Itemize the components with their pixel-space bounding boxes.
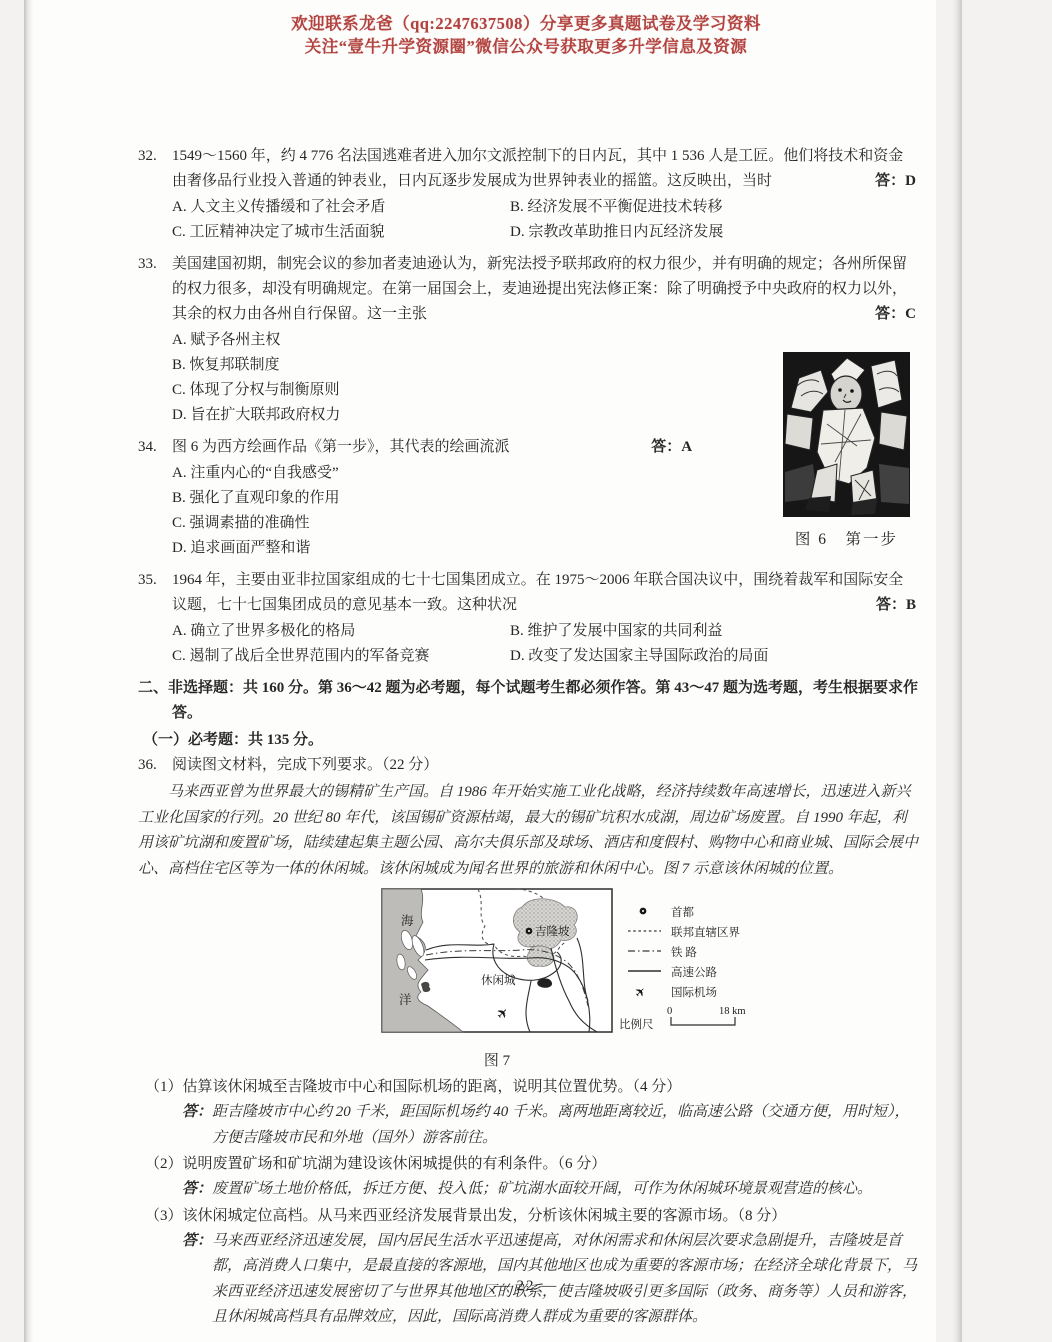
question-34: 34.图 6 为西方绘画作品《第一步》，其代表的绘画流派 答：A A. 注重内心… — [138, 435, 918, 561]
answer-label: 答： — [182, 1104, 212, 1120]
page-number: — 22 — — [0, 1278, 1052, 1295]
q33-answer-tag: 答：C — [875, 302, 916, 327]
q35-answer-tag: 答：B — [876, 593, 916, 618]
option: B. 维护了发展中国家的共同利益 — [510, 619, 918, 644]
part1-heading: （一）必考题：共 135 分。 — [143, 728, 918, 753]
q35-number: 35. — [138, 568, 172, 593]
legend-highway-label: 高速公路 — [671, 965, 717, 979]
option: C. 强调素描的准确性 — [172, 511, 918, 536]
q35-stem: 35.1964 年，主要由亚非拉国家组成的七十七国集团成立。在 1975～200… — [138, 568, 918, 618]
sub2-prompt: （2）说明废置矿场和矿坑湖为建设该休闲城提供的有利条件。（6 分） — [145, 1152, 918, 1177]
q34-number: 34. — [138, 435, 172, 460]
q34-answer-tag: 答：A — [651, 439, 692, 455]
q34-stem: 34.图 6 为西方绘画作品《第一步》，其代表的绘画流派 答：A — [138, 435, 918, 460]
q33-number: 33. — [138, 252, 172, 277]
page-edge-shadow-right — [952, 0, 962, 1342]
option: B. 恢复邦联制度 — [172, 353, 918, 378]
sub-question-3: （3）该休闲城定位高档。从马来西亚经济发展背景出发，分析该休闲城主要的客源市场。… — [145, 1204, 918, 1331]
legend-railway-label: 铁 路 — [671, 945, 697, 959]
promo-line-1: 欢迎联系龙爸（qq:2247637508）分享更多真题试卷及学习资料 — [0, 12, 1052, 35]
answer-label: 答： — [182, 1181, 212, 1197]
option: C. 工匠精神决定了城市生活面貌 — [172, 220, 510, 245]
figure7: ✈ 海 洋 吉隆坡 休闲城 首都 联邦直辖区界 铁 路 高速公路 ✈ 国际机场 … — [381, 888, 781, 1074]
sub-question-2: （2）说明废置矿场和矿坑湖为建设该休闲城提供的有利条件。（6 分） 答：废置矿场… — [145, 1152, 918, 1203]
scalebar-end: 18 km — [719, 1006, 746, 1017]
sub3-prompt: （3）该休闲城定位高档。从马来西亚经济发展背景出发，分析该休闲城主要的客源市场。… — [145, 1204, 918, 1229]
sub2-answer: 答：废置矿场土地价格低，拆迁方便、投入低；矿坑湖水面较开阔，可作为休闲城环境景观… — [145, 1177, 918, 1203]
option: A. 赋予各州主权 — [172, 328, 918, 353]
map-label-sea: 海 — [401, 914, 414, 928]
legend-boundary-label: 联邦直辖区界 — [671, 925, 740, 939]
answer-label: 答： — [182, 1233, 212, 1249]
section2-heading: 二、非选择题：共 160 分。第 36～42 题为必考题，每个试题考生都必须作答… — [138, 676, 918, 726]
option: D. 追求画面严整和谐 — [172, 536, 918, 561]
q32-answer-tag: 答：D — [875, 169, 916, 194]
option: C. 体现了分权与制衡原则 — [172, 378, 918, 403]
q34-options: A. 注重内心的“自我感受” B. 强化了直观印象的作用 C. 强调素描的准确性… — [138, 461, 918, 561]
promo-line-2: 关注“壹牛升学资源圈”微信公众号获取更多升学信息及资源 — [0, 35, 1052, 58]
option: B. 经济发展不平衡促进技术转移 — [510, 195, 918, 220]
option: C. 遏制了战后全世界范围内的军备竞赛 — [172, 644, 510, 669]
map-label-ocean: 洋 — [399, 993, 412, 1007]
option: B. 强化了直观印象的作用 — [172, 486, 918, 511]
page-edge-shadow-left — [24, 0, 34, 1342]
q35-options: A. 确立了世界多极化的格局 B. 维护了发展中国家的共同利益 C. 遏制了战后… — [138, 619, 918, 669]
q36-intro: 36.阅读图文材料，完成下列要求。（22 分） — [138, 753, 918, 778]
figure7-map: ✈ 海 洋 吉隆坡 休闲城 首都 联邦直辖区界 铁 路 高速公路 ✈ 国际机场 … — [381, 888, 781, 1038]
option: A. 人文主义传播缓和了社会矛盾 — [172, 195, 510, 220]
map-label-leisure-city: 休闲城 — [481, 973, 516, 987]
legend-airport-icon: ✈ — [631, 983, 649, 1001]
promo-header: 欢迎联系龙爸（qq:2247637508）分享更多真题试卷及学习资料 关注“壹牛… — [0, 12, 1052, 58]
map-leisure-marker — [537, 978, 552, 987]
scalebar-start: 0 — [667, 1006, 672, 1017]
figure7-caption: 图 7 — [381, 1049, 613, 1074]
map-legend: 首都 联邦直辖区界 铁 路 高速公路 ✈ 国际机场 比例尺 0 18 km — [619, 905, 746, 1031]
question-32: 32.1549～1560 年，约 4 776 名法国逃难者进入加尔文派控制下的日… — [138, 144, 918, 245]
q32-stem: 32.1549～1560 年，约 4 776 名法国逃难者进入加尔文派控制下的日… — [138, 144, 918, 194]
option: D. 改变了发达国家主导国际政治的局面 — [510, 644, 918, 669]
question-35: 35.1964 年，主要由亚非拉国家组成的七十七国集团成立。在 1975～200… — [138, 568, 918, 669]
q36-material: 马来西亚曾为世界最大的锡精矿生产国。自 1986 年开始实施工业化战略，经济持续… — [138, 780, 918, 882]
scalebar-label: 比例尺 — [619, 1017, 654, 1031]
q32-number: 32. — [138, 144, 172, 169]
sub1-prompt: （1）估算该休闲城至吉隆坡市中心和国际机场的距离，说明其位置优势。（4 分） — [145, 1075, 918, 1100]
legend-capital-label: 首都 — [671, 905, 694, 919]
option: D. 宗教改革助推日内瓦经济发展 — [510, 220, 918, 245]
sub-question-1: （1）估算该休闲城至吉隆坡市中心和国际机场的距离，说明其位置优势。（4 分） 答… — [145, 1075, 918, 1151]
question-33: 33.美国建国初期，制宪会议的参加者麦迪逊认为，新宪法授予联邦政府的权力很少，并… — [138, 252, 918, 428]
option: A. 注重内心的“自我感受” — [172, 461, 918, 486]
q33-stem: 33.美国建国初期，制宪会议的参加者麦迪逊认为，新宪法授予联邦政府的权力很少，并… — [138, 252, 918, 327]
q33-options: A. 赋予各州主权 B. 恢复邦联制度 C. 体现了分权与制衡原则 D. 旨在扩… — [138, 328, 918, 428]
question-36: 36.阅读图文材料，完成下列要求。（22 分） — [138, 753, 918, 778]
option: D. 旨在扩大联邦政府权力 — [172, 403, 918, 428]
legend-airport-label: 国际机场 — [671, 985, 717, 999]
sub1-answer: 答：距吉隆坡市中心约 20 千米，距国际机场约 40 千米。离两地距离较近，临高… — [145, 1100, 918, 1151]
q36-number: 36. — [138, 753, 172, 778]
q32-options: A. 人文主义传播缓和了社会矛盾 B. 经济发展不平衡促进技术转移 C. 工匠精… — [138, 195, 918, 245]
scalebar — [671, 1017, 735, 1025]
exam-content: 32.1549～1560 年，约 4 776 名法国逃难者进入加尔文派控制下的日… — [138, 144, 918, 1331]
map-label-kualalumpur: 吉隆坡 — [535, 924, 570, 938]
option: A. 确立了世界多极化的格局 — [172, 619, 510, 644]
